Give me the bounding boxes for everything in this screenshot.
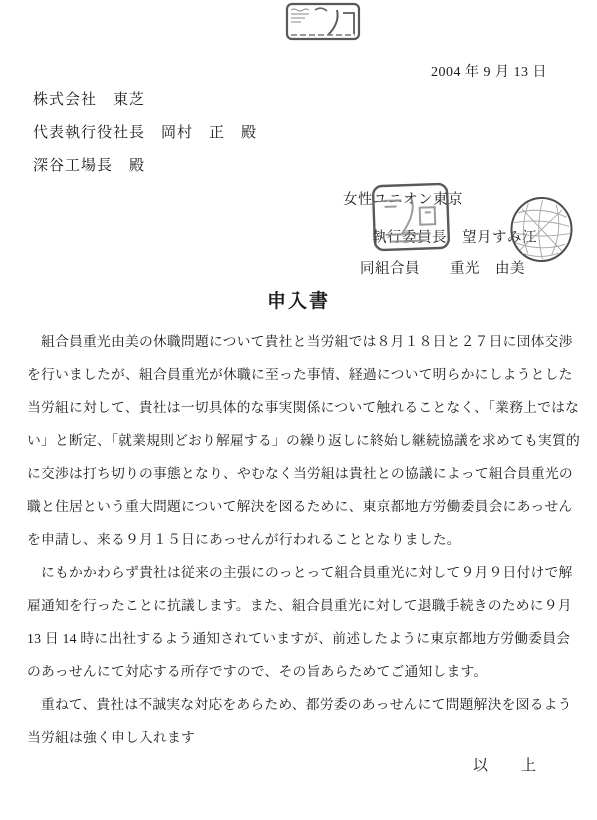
body-line: 当労組は強く申し入れます (27, 721, 580, 754)
recipient-company: 株式会社 東芝 (33, 84, 257, 117)
sender-member: 同組合員 重光 由美 (360, 257, 525, 278)
body-line: 13 日 14 時に出社するよう通知されていますが、前述したように東京都地方労働… (27, 622, 580, 655)
body-line: 重ねて、貴社は不誠実な対応をあらため、都労委のあっせんにて問題解決を図るよう (27, 688, 580, 721)
body-line: を行いましたが、組合員重光が休職に至った事情、経過について明らかにしようとした (27, 358, 580, 391)
body-line: 職と住居という重大問題について解決を図るために、東京都地方労働委員会にあっせん (27, 490, 580, 523)
body-line: のあっせんにて対応する所存ですので、その旨あらためてご通知します。 (27, 655, 580, 688)
recipient-block: 株式会社 東芝 代表執行役社長 岡村 正 殿 深谷工場長 殿 (33, 84, 257, 183)
closing-ijou: 以 上 (473, 754, 537, 775)
document-title: 申入書 (0, 286, 597, 313)
round-seal-stamp-icon (507, 194, 575, 264)
letter-date: 2004 年 9 月 13 日 (431, 61, 547, 81)
body-line: 組合員重光由美の休職問題について貴社と当労組では８月１８日と２７日に団体交渉 (27, 325, 580, 358)
recipient-factory-manager: 深谷工場長 殿 (33, 150, 257, 183)
body-line: 当労組に対して、貴社は一切具体的な事実関係について触れることなく、「業務上ではな (27, 391, 580, 424)
receipt-stamp-icon (285, 2, 361, 42)
body-line: を申請し、来る９月１５日にあっせんが行われることとなりました。 (27, 523, 580, 556)
body-line: にもかかわらず貴社は従来の主張にのっとって組合員重光に対して９月９日付けで解 (27, 556, 580, 589)
recipient-president: 代表執行役社長 岡村 正 殿 (33, 117, 257, 150)
letter-page: 2004 年 9 月 13 日 株式会社 東芝 代表執行役社長 岡村 正 殿 深… (0, 0, 597, 820)
body-line: に交渉は打ち切りの事態となり、やむなく当労組は貴社との協議によって組合員重光の (27, 457, 580, 490)
body-line: 雇通知を行ったことに抗議します。また、組合員重光に対して退職手続きのために９月 (27, 589, 580, 622)
letter-body: 組合員重光由美の休職問題について貴社と当労組では８月１８日と２７日に団体交渉 を… (27, 325, 580, 754)
union-seal-stamp-icon (371, 182, 451, 254)
body-line: い」と断定、「就業規則どおり解雇する」の繰り返しに終始し継続協議を求めても実質的 (27, 424, 580, 457)
